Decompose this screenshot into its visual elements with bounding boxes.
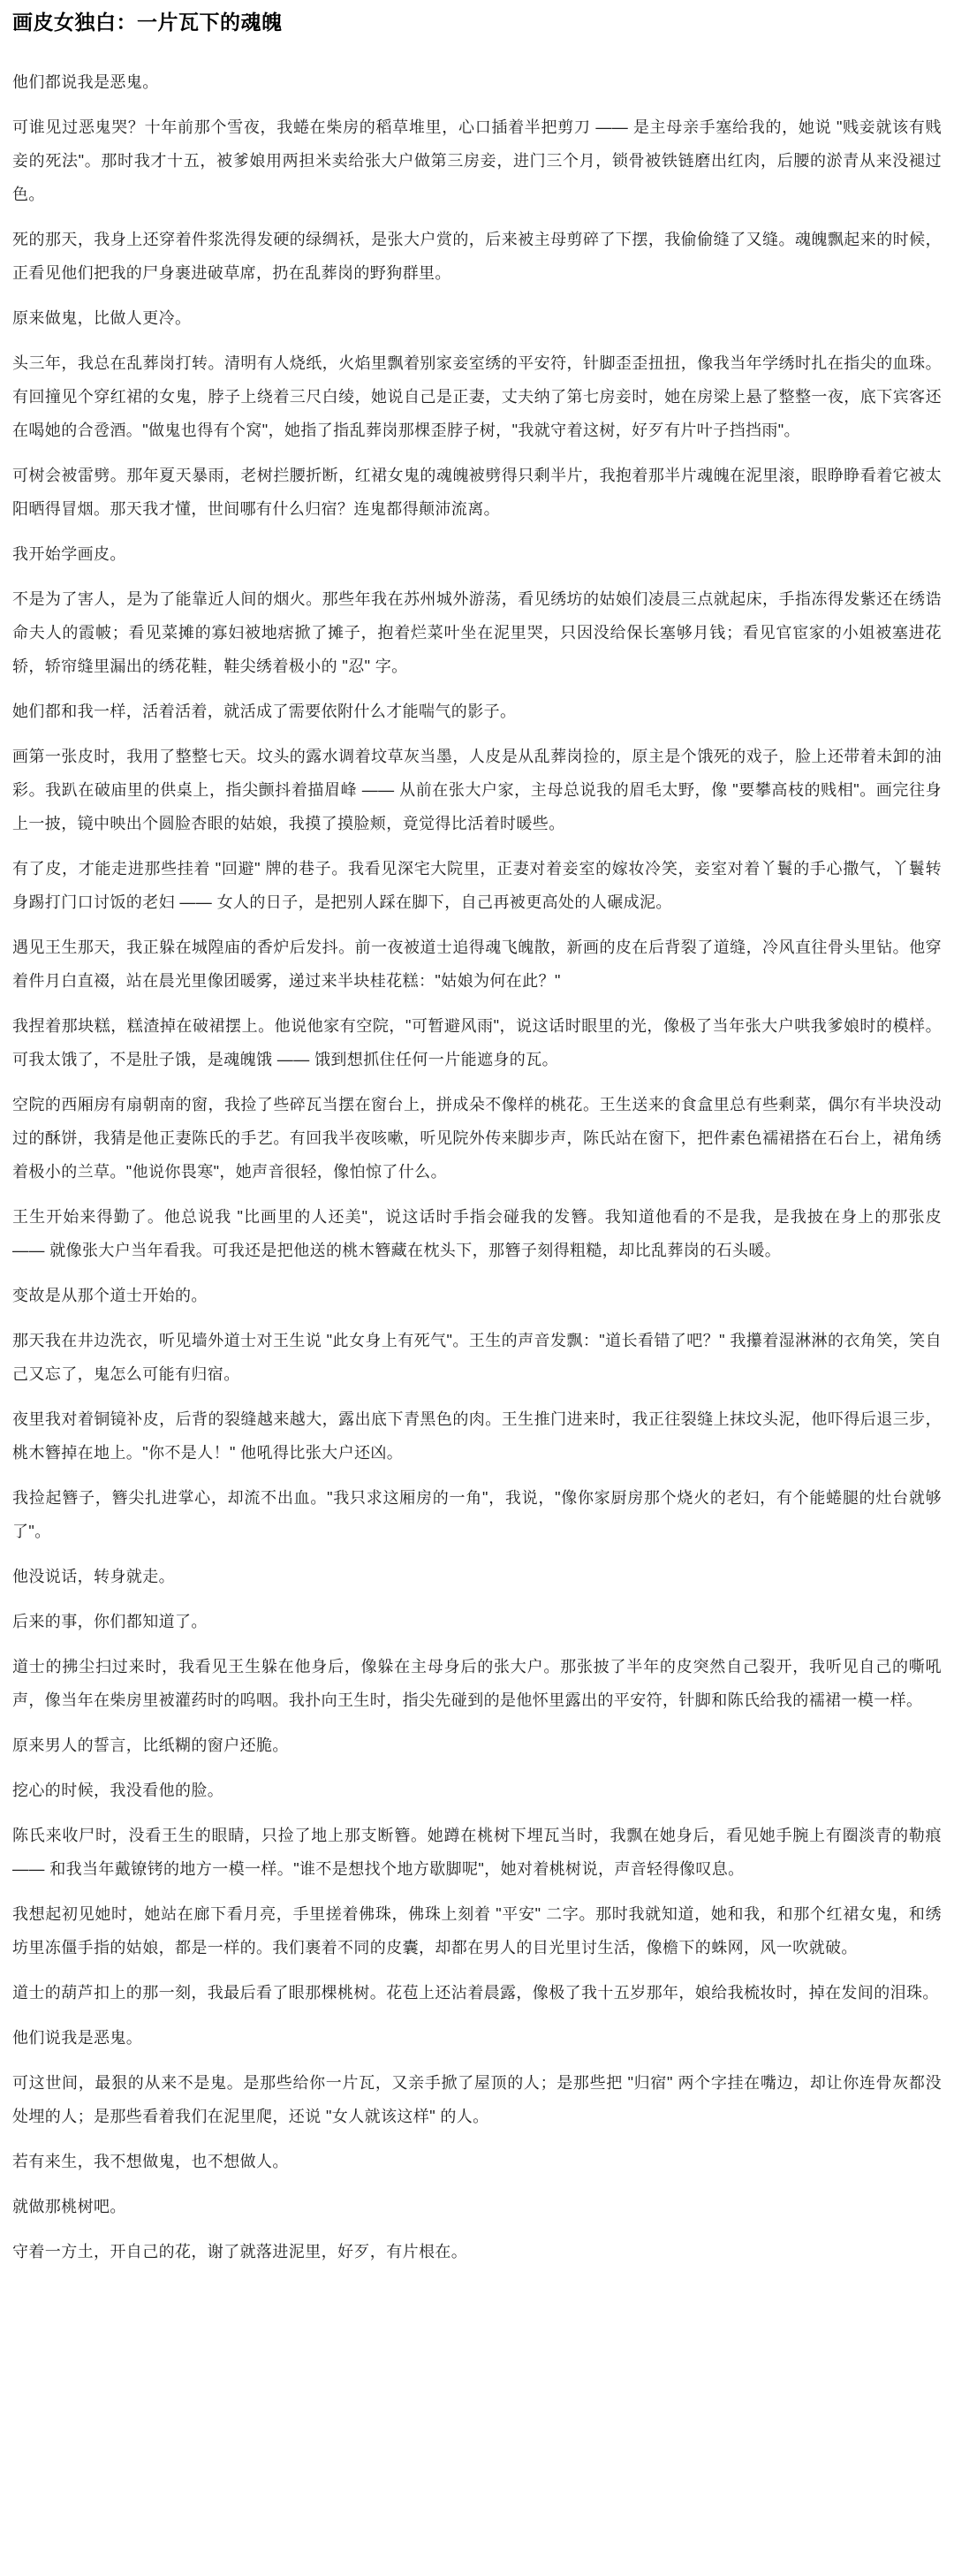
paragraph: 原来男人的誓言，比纸糊的窗户还脆。 — [12, 1729, 942, 1762]
paragraph: 可这世间，最狠的从来不是鬼。是那些给你一片瓦，又亲手掀了屋顶的人；是那些把 "归… — [12, 2066, 942, 2133]
paragraph: 他没说话，转身就走。 — [12, 1560, 942, 1593]
paragraph: 道士的葫芦扣上的那一刻，我最后看了眼那棵桃树。花苞上还沾着晨露，像极了我十五岁那… — [12, 1976, 942, 2010]
paragraph: 原来做鬼，比做人更冷。 — [12, 301, 942, 335]
paragraph: 他们说我是恶鬼。 — [12, 2021, 942, 2055]
paragraph: 有了皮，才能走进那些挂着 "回避" 牌的巷子。我看见深宅大院里，正妻对着妾室的嫁… — [12, 852, 942, 919]
paragraph: 夜里我对着铜镜补皮，后背的裂缝越来越大，露出底下青黑色的肉。王生推门进来时，我正… — [12, 1402, 942, 1470]
document-title: 画皮女独白：一片瓦下的魂魄 — [12, 9, 942, 35]
paragraph: 若有来生，我不想做鬼，也不想做人。 — [12, 2145, 942, 2178]
paragraph: 我开始学画皮。 — [12, 537, 942, 571]
paragraph: 空院的西厢房有扇朝南的窗，我捡了些碎瓦当摆在窗台上，拼成朵不像样的桃花。王生送来… — [12, 1088, 942, 1189]
paragraph: 那天我在井边洗衣，听见墙外道士对王生说 "此女身上有死气"。王生的声音发飘："道… — [12, 1324, 942, 1391]
document-body: 他们都说我是恶鬼。可谁见过恶鬼哭？十年前那个雪夜，我蜷在柴房的稻草堆里，心口插着… — [12, 65, 942, 2268]
paragraph: 就做那桃树吧。 — [12, 2190, 942, 2223]
paragraph: 遇见王生那天，我正躲在城隍庙的香炉后发抖。前一夜被道士追得魂飞魄散，新画的皮在后… — [12, 931, 942, 998]
paragraph: 死的那天，我身上还穿着件浆洗得发硬的绿绸袄，是张大户赏的，后来被主母剪碎了下摆，… — [12, 223, 942, 290]
paragraph: 挖心的时候，我没看他的脸。 — [12, 1774, 942, 1807]
paragraph: 她们都和我一样，活着活着，就活成了需要依附什么才能喘气的影子。 — [12, 695, 942, 728]
paragraph: 可树会被雷劈。那年夏天暴雨，老树拦腰折断，红裙女鬼的魂魄被劈得只剩半片，我抱着那… — [12, 459, 942, 526]
paragraph: 我捏着那块糕，糕渣掉在破裙摆上。他说他家有空院，"可暂避风雨"，说这话时眼里的光… — [12, 1009, 942, 1076]
paragraph: 我想起初见她时，她站在廊下看月亮，手里搓着佛珠，佛珠上刻着 "平安" 二字。那时… — [12, 1897, 942, 1964]
paragraph: 画第一张皮时，我用了整整七天。坟头的露水调着坟草灰当墨，人皮是从乱葬岗捡的，原主… — [12, 740, 942, 840]
paragraph: 陈氏来收尸时，没看王生的眼睛，只捡了地上那支断簪。她蹲在桃树下埋瓦当时，我飘在她… — [12, 1819, 942, 1886]
paragraph: 可谁见过恶鬼哭？十年前那个雪夜，我蜷在柴房的稻草堆里，心口插着半把剪刀 —— 是… — [12, 110, 942, 211]
paragraph: 不是为了害人，是为了能靠近人间的烟火。那些年我在苏州城外游荡，看见绣坊的姑娘们凌… — [12, 582, 942, 683]
paragraph: 头三年，我总在乱葬岗打转。清明有人烧纸，火焰里飘着别家妾室绣的平安符，针脚歪歪扭… — [12, 346, 942, 447]
paragraph: 王生开始来得勤了。他总说我 "比画里的人还美"，说这话时手指会碰我的发簪。我知道… — [12, 1200, 942, 1267]
paragraph: 后来的事，你们都知道了。 — [12, 1605, 942, 1638]
document-page: 画皮女独白：一片瓦下的魂魄 他们都说我是恶鬼。可谁见过恶鬼哭？十年前那个雪夜，我… — [0, 0, 954, 2306]
paragraph: 变故是从那个道士开始的。 — [12, 1279, 942, 1312]
paragraph: 他们都说我是恶鬼。 — [12, 65, 942, 99]
paragraph: 道士的拂尘扫过来时，我看见王生躲在他身后，像躲在主母身后的张大户。那张披了半年的… — [12, 1650, 942, 1717]
paragraph: 守着一方土，开自己的花，谢了就落进泥里，好歹，有片根在。 — [12, 2235, 942, 2268]
paragraph: 我捡起簪子，簪尖扎进掌心，却流不出血。"我只求这厢房的一角"，我说，"像你家厨房… — [12, 1481, 942, 1548]
